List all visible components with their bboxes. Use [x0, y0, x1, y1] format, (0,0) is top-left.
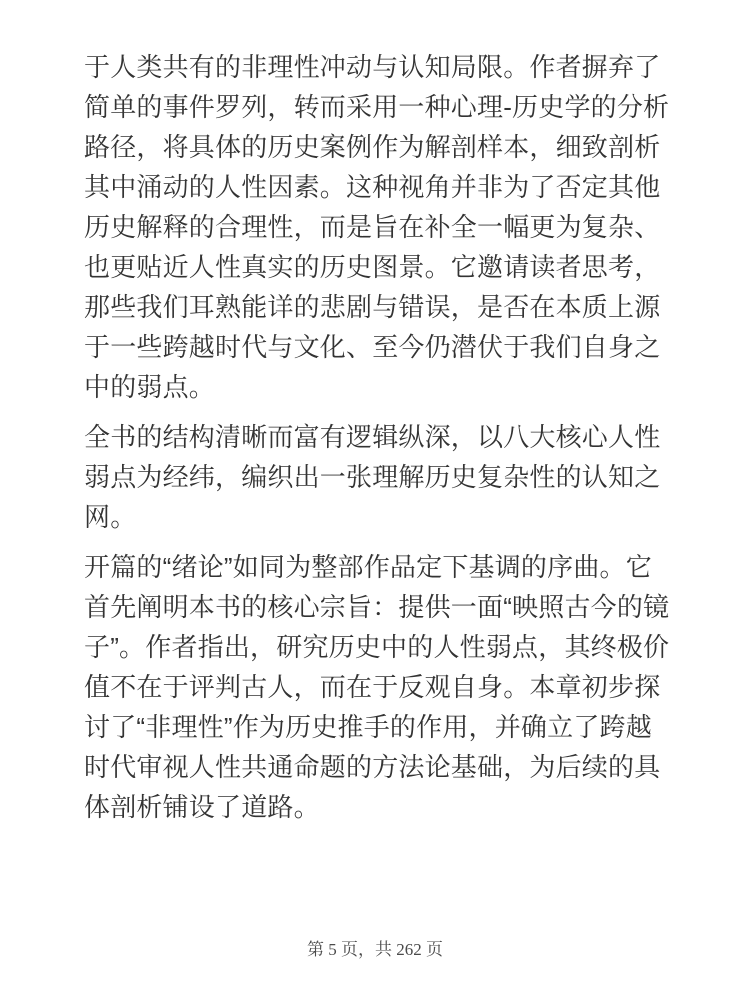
paragraph-3: 开篇的“绪论”如同为整部作品定下基调的序曲。它首先阐明本书的核心宗旨：提供一面“… — [84, 547, 670, 827]
paragraph-2: 全书的结构清晰而富有逻辑纵深，以八大核心人性弱点为经纬，编织出一张理解历史复杂性… — [84, 417, 670, 537]
document-page: 于人类共有的非理性冲动与认知局限。作者摒弃了简单的事件罗列，转而采用一种心理-历… — [0, 0, 750, 1000]
page-footer: 第 5 页，共 262 页 — [0, 938, 750, 962]
page-text-content: 于人类共有的非理性冲动与认知局限。作者摒弃了简单的事件罗列，转而采用一种心理-历… — [84, 47, 670, 837]
paragraph-1: 于人类共有的非理性冲动与认知局限。作者摒弃了简单的事件罗列，转而采用一种心理-历… — [84, 47, 670, 407]
page-number-indicator: 第 5 页，共 262 页 — [307, 940, 443, 959]
